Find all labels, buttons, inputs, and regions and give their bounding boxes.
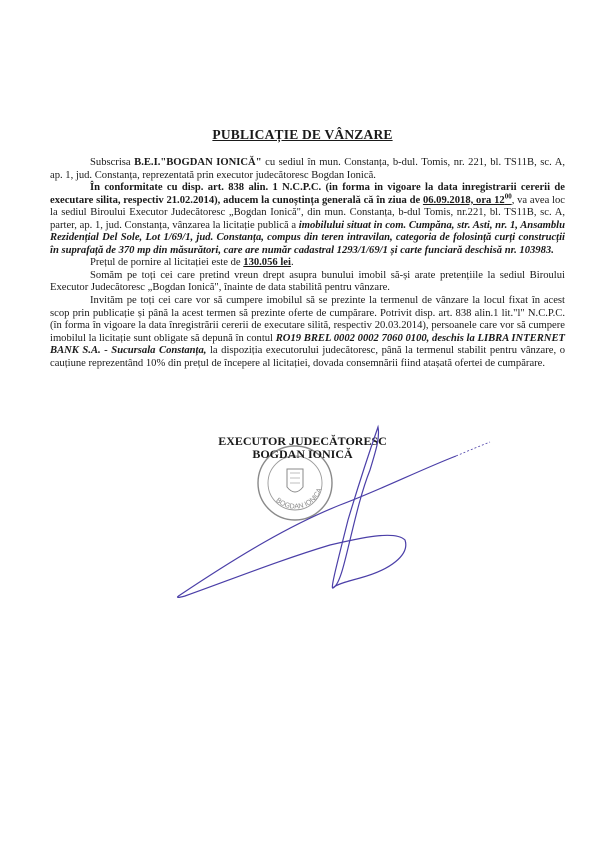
paragraph-intro: Subscrisa B.E.I."BOGDAN IONICĂ" cu sediu… [50, 157, 565, 182]
document-title: PUBLICAȚIE DE VÂNZARE [0, 127, 605, 143]
signature-block: EXECUTOR JUDECĂTORESC BOGDAN IONICĂ [0, 435, 605, 461]
text: Subscrisa [90, 157, 134, 168]
text: . [291, 257, 294, 268]
bailiff-office-name: B.E.I."BOGDAN IONICĂ" [134, 157, 261, 168]
auction-date: 06.09.2018, ora 1200 [423, 195, 512, 206]
signer-name: BOGDAN IONICĂ [0, 448, 605, 461]
paragraph-price: Prețul de pornire al licitației este de … [50, 257, 565, 270]
text: Prețul de pornire al licitației este de [90, 257, 243, 268]
document-body: Subscrisa B.E.I."BOGDAN IONICĂ" cu sediu… [50, 157, 565, 370]
paragraph-auction-notice: În conformitate cu disp. art. 838 alin. … [50, 182, 565, 257]
paragraph-invitation: Invităm pe toți cei care vor să cumpere … [50, 295, 565, 370]
starting-price: 130.056 lei [243, 257, 291, 268]
document-page: PUBLICAȚIE DE VÂNZARE Subscrisa B.E.I."B… [0, 0, 605, 855]
time-minutes: 00 [505, 192, 512, 200]
paragraph-summons: Somăm pe toți cei care pretind vreun dre… [50, 270, 565, 295]
